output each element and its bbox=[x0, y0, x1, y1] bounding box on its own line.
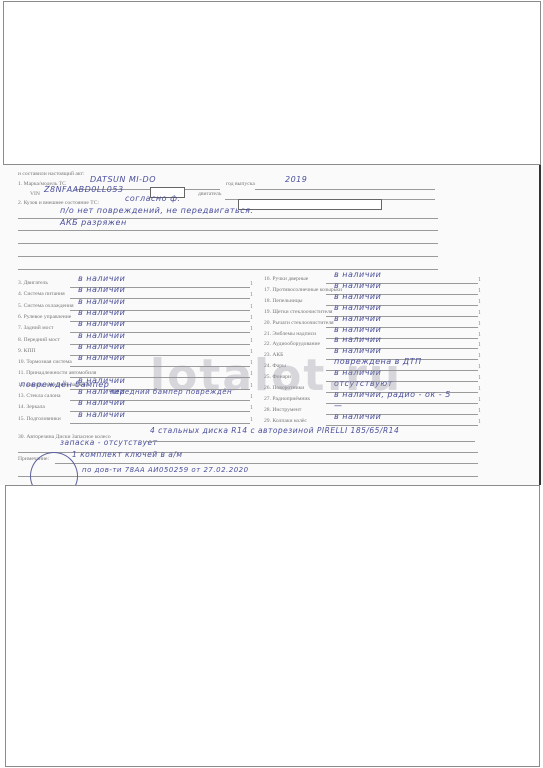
item-value: в наличии bbox=[334, 303, 381, 312]
vin-value: Z8NFAABD0LL053 bbox=[44, 185, 124, 194]
row-tick: 1 bbox=[478, 397, 481, 403]
item-label: 7. Задний мост bbox=[18, 325, 54, 331]
rule bbox=[18, 218, 438, 219]
item-label: 16. Ручки дверные bbox=[264, 276, 308, 282]
intro-text: и составили настоящий акт: bbox=[18, 171, 85, 177]
row-tick: 1 bbox=[478, 310, 481, 316]
item-label: 6. Рулевое управление bbox=[18, 314, 71, 320]
notes-value-2: по дов-ти 78АА АИ050259 от 27.02.2020 bbox=[82, 466, 249, 474]
row-tick: 1 bbox=[478, 288, 481, 294]
row-tick: 1 bbox=[478, 342, 481, 348]
rule bbox=[145, 441, 475, 442]
item-label: 4. Система питания bbox=[18, 291, 65, 297]
item-label: 8. Передний мост bbox=[18, 337, 60, 343]
item-value: в наличии bbox=[78, 353, 125, 362]
item-value: в наличии bbox=[78, 274, 125, 283]
item-value: в наличии bbox=[334, 281, 381, 290]
item-label: 22. Аудиооборудование bbox=[264, 341, 320, 347]
row-tick: 1 bbox=[250, 338, 253, 344]
vin-label: VIN bbox=[30, 191, 40, 197]
item-value: в наличии bbox=[78, 297, 125, 306]
item11-extra: повреждён бампер bbox=[20, 380, 109, 389]
item-value: в наличии bbox=[334, 292, 381, 301]
item-value: в наличии bbox=[334, 314, 381, 323]
row-tick: 1 bbox=[478, 332, 481, 338]
item-value: в наличии bbox=[334, 270, 381, 279]
rule bbox=[326, 403, 478, 404]
item-label: 13. Стекла салона bbox=[18, 393, 61, 399]
row-tick: 1 bbox=[478, 408, 481, 414]
watermark: lotalot.ru bbox=[150, 350, 402, 401]
item-value: в наличии bbox=[78, 319, 125, 328]
body-condition-value-3: АКБ разряжен bbox=[60, 218, 127, 227]
item-label: 21. Эмблемы надписи bbox=[264, 331, 316, 337]
tires-value: 4 стальных диска R14 с авторезиной PIREL… bbox=[150, 426, 399, 435]
item-label: 28. Инструмент bbox=[264, 407, 301, 413]
item-label: 17. Противосолнечные козырьки bbox=[264, 287, 342, 293]
row-tick: 1 bbox=[478, 299, 481, 305]
item-value: в наличии bbox=[334, 412, 381, 421]
item-value: в наличии bbox=[78, 285, 125, 294]
item-value: в наличии bbox=[78, 331, 125, 340]
item-label: 3. Двигатель bbox=[18, 280, 48, 286]
row-tick: 1 bbox=[250, 304, 253, 310]
year-value: 2019 bbox=[285, 175, 307, 184]
rule bbox=[18, 256, 438, 257]
row-tick: 1 bbox=[478, 321, 481, 327]
row-tick: 1 bbox=[478, 364, 481, 370]
notes-value-1: 1 комплект ключей в а/м bbox=[72, 450, 183, 459]
row-tick: 1 bbox=[478, 375, 481, 381]
rule bbox=[18, 230, 438, 231]
make-model-value: DATSUN MI-DO bbox=[90, 175, 156, 184]
body-condition-value-2: п/о нет повреждений, не передвигаться. bbox=[60, 206, 253, 215]
item-value: в наличии bbox=[78, 308, 125, 317]
item-label: 15. Подголовники bbox=[18, 416, 61, 422]
item-value: в наличии bbox=[334, 325, 381, 334]
rule bbox=[255, 189, 435, 190]
item-value: в наличии bbox=[78, 342, 125, 351]
year-label: год выпуска bbox=[226, 181, 255, 187]
item-value: в наличии bbox=[78, 410, 125, 419]
row-tick: 1 bbox=[478, 386, 481, 392]
item-label: 10. Тормозная система bbox=[18, 359, 72, 365]
tires-value-2: запаска - отсутствует bbox=[60, 438, 158, 447]
rule bbox=[18, 243, 438, 244]
item-label: 29. Колпаки колёс bbox=[264, 418, 307, 424]
redaction-box-top bbox=[3, 1, 541, 165]
page-edge bbox=[539, 165, 541, 485]
body-condition-value-1: согласно ф. bbox=[125, 194, 180, 203]
item-label: 14. Зеркала bbox=[18, 404, 45, 410]
row-tick: 1 bbox=[478, 353, 481, 359]
row-tick: 1 bbox=[250, 292, 253, 298]
row-tick: 1 bbox=[250, 281, 253, 287]
engine-label: двигатель bbox=[198, 191, 221, 197]
redaction-box-bottom bbox=[5, 485, 540, 767]
body-redaction bbox=[238, 199, 382, 210]
row-tick: 1 bbox=[250, 405, 253, 411]
item-label: 5. Система охлаждения bbox=[18, 303, 74, 309]
row-tick: 1 bbox=[250, 326, 253, 332]
item-label: 19. Щетки стеклоочистителя bbox=[264, 309, 332, 315]
item-value: в наличии bbox=[334, 335, 381, 344]
row-tick: 1 bbox=[478, 277, 481, 283]
item-label: 9. КПП bbox=[18, 348, 35, 354]
rule bbox=[18, 476, 478, 477]
row-tick: 1 bbox=[478, 419, 481, 425]
row-tick: 1 bbox=[250, 417, 253, 423]
item-label: 18. Пепельницы bbox=[264, 298, 302, 304]
item-value: — bbox=[334, 401, 343, 410]
rule bbox=[55, 463, 478, 464]
item-value: в наличии bbox=[78, 398, 125, 407]
rule bbox=[70, 423, 250, 424]
row-tick: 1 bbox=[250, 315, 253, 321]
item-label: 20. Рычаги стеклоочистителя bbox=[264, 320, 334, 326]
